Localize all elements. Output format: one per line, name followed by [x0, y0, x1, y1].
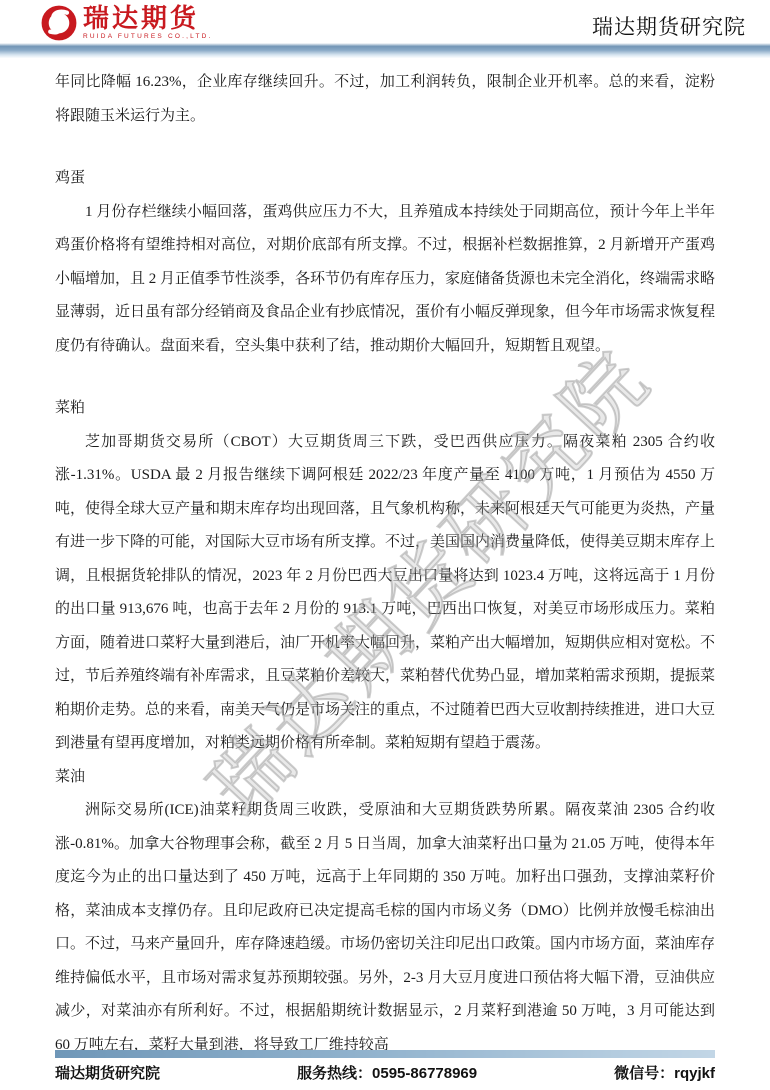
footer-hotline-number: 0595-86778969: [372, 1065, 477, 1082]
footer-wechat: 微信号：rqyjkf: [614, 1062, 715, 1083]
header-divider-bar: [0, 43, 770, 58]
company-logo: 瑞达期货 RUIDA FUTURES CO.,LTD.: [40, 4, 213, 42]
institute-title: 瑞达期货研究院: [592, 11, 746, 42]
page-footer: 瑞达期货研究院 服务热线：0595-86778969 微信号：rqyjkf: [55, 1062, 715, 1083]
footer-institute: 瑞达期货研究院: [55, 1062, 160, 1083]
body-paragraph: 年同比降幅 16.23%，企业库存继续回升。不过，加工利润转负，限制企业开机率。…: [55, 66, 715, 133]
page-header: 瑞达期货 RUIDA FUTURES CO.,LTD. 瑞达期货研究院: [0, 0, 770, 42]
body-paragraph: 芝加哥期货交易所（CBOT）大豆期货周三下跌，受巴西供应压力。隔夜菜粕 2305…: [55, 426, 715, 761]
section-heading: 菜油: [55, 761, 715, 795]
footer-wechat-id: rqyjkf: [674, 1065, 715, 1082]
report-page: 瑞达期货 RUIDA FUTURES CO.,LTD. 瑞达期货研究院 年同比降…: [0, 0, 770, 1090]
document-body: 年同比降幅 16.23%，企业库存继续回升。不过，加工利润转负，限制企业开机率。…: [55, 66, 715, 1062]
brand-name-en: RUIDA FUTURES CO.,LTD.: [83, 34, 213, 41]
body-paragraph: 洲际交易所(ICE)油菜籽期货周三收跌，受原油和大豆期货跌势所累。隔夜菜油 23…: [55, 794, 715, 1062]
section-heading: 鸡蛋: [55, 162, 715, 196]
footer-wechat-label: 微信号：: [614, 1065, 674, 1082]
brand-name-cn: 瑞达期货: [83, 5, 213, 31]
footer-divider-bar: [55, 1050, 715, 1058]
ruida-logo-icon: [40, 4, 78, 42]
section-heading: 菜粕: [55, 392, 715, 426]
footer-hotline-label: 服务热线：: [297, 1065, 372, 1082]
body-paragraph: 1 月份存栏继续小幅回落，蛋鸡供应压力不大，且养殖成本持续处于同期高位，预计今年…: [55, 196, 715, 364]
footer-hotline: 服务热线：0595-86778969: [297, 1062, 477, 1083]
